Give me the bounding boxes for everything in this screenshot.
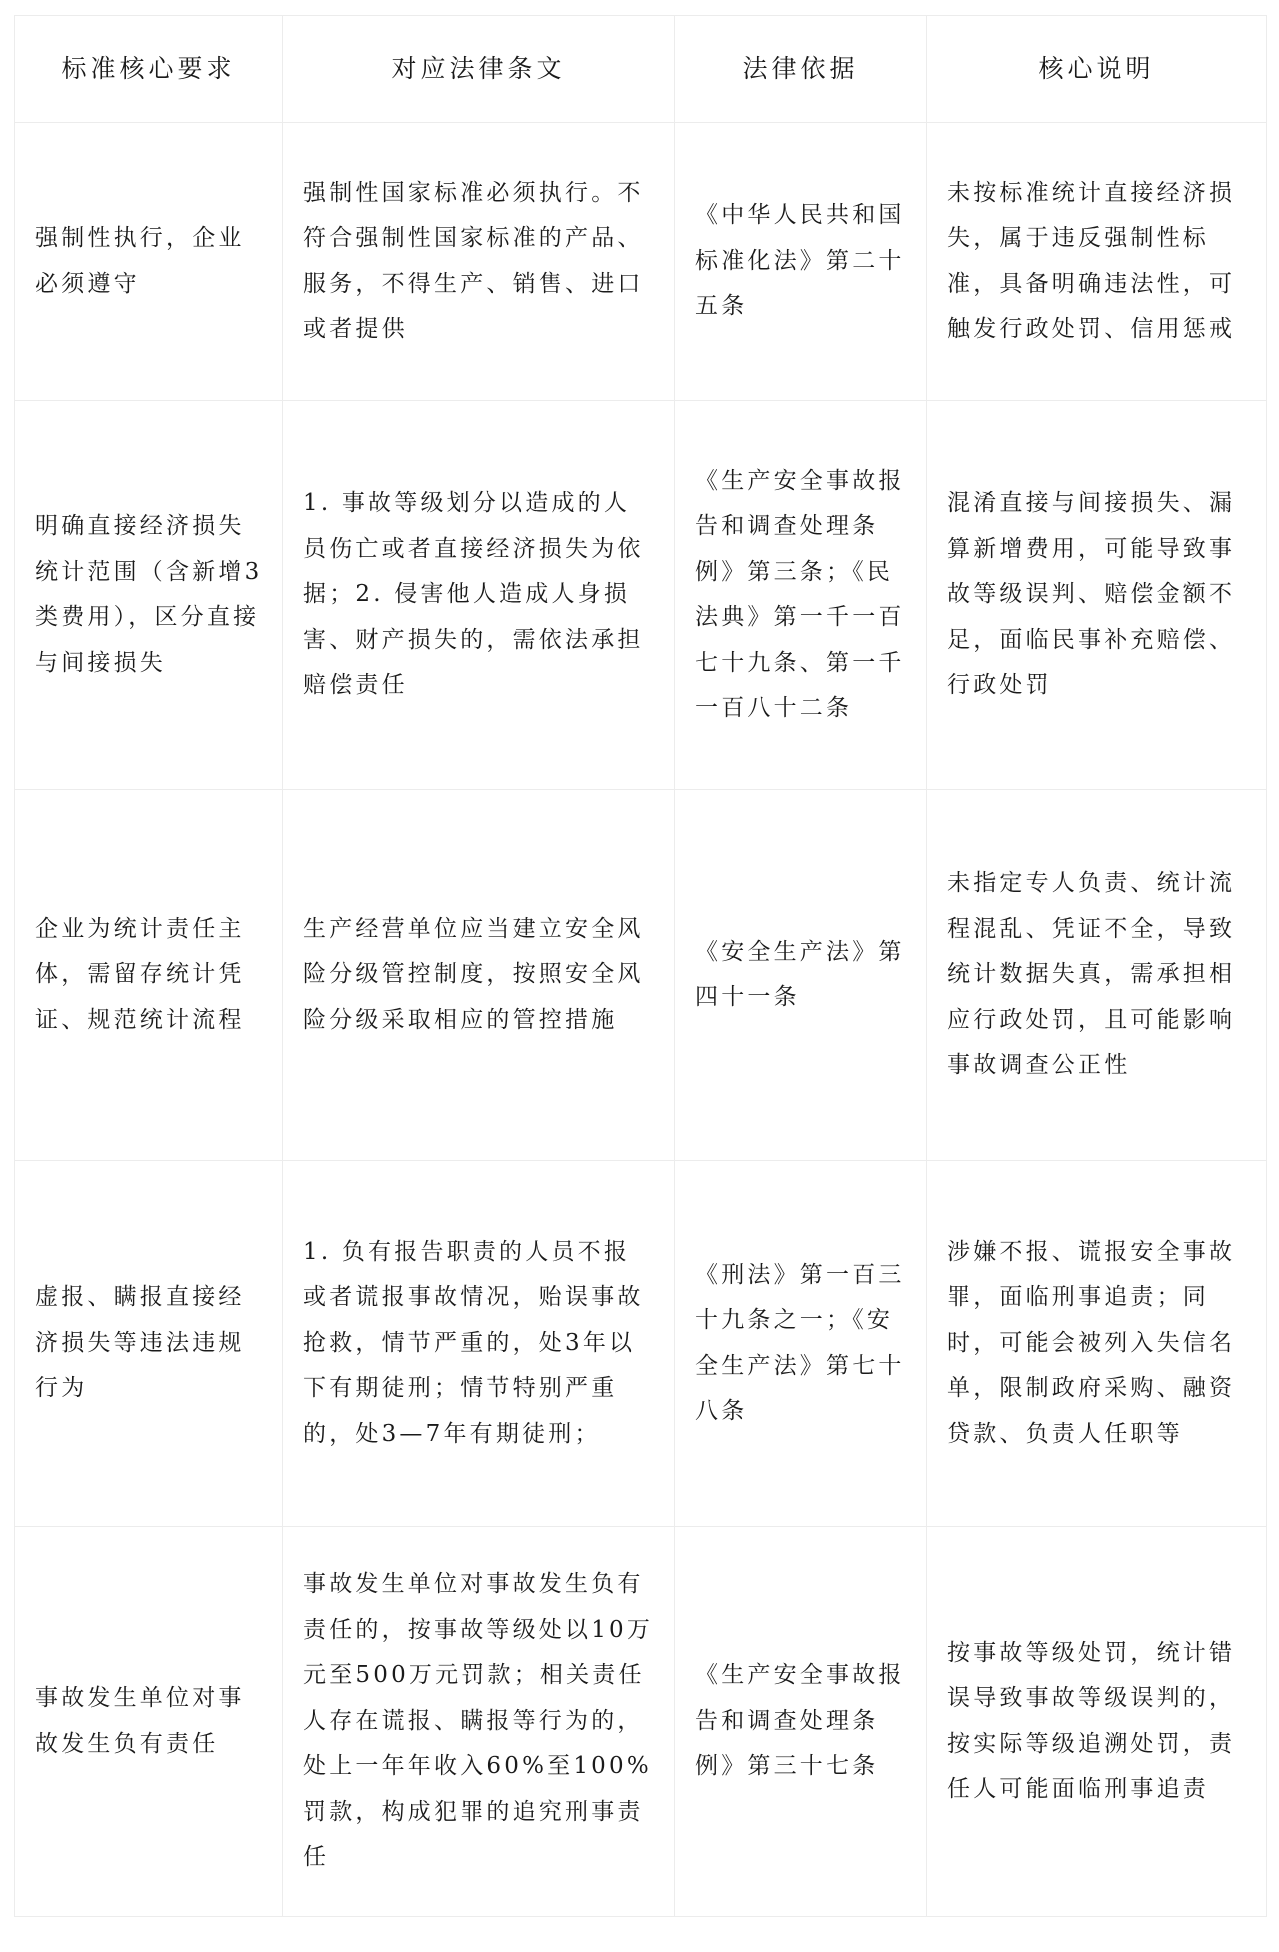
cell-legal-basis: 《生产安全事故报告和调查处理条例》第三条；《民法典》第一千一百七十九条、第一千一… (675, 401, 927, 790)
cell-legal-basis: 《安全生产法》第四十一条 (675, 790, 927, 1161)
cell-legal-basis: 《刑法》第一百三十九条之一；《安全生产法》第七十八条 (675, 1161, 927, 1527)
cell-provision: 1. 事故等级划分以造成的人员伤亡或者直接经济损失为依据；2. 侵害他人造成人身… (283, 401, 675, 790)
header-provision: 对应法律条文 (283, 16, 675, 123)
cell-provision: 1. 负有报告职责的人员不报或者谎报事故情况，贻误事故抢救，情节严重的，处3年以… (283, 1161, 675, 1527)
cell-provision: 强制性国家标准必须执行。不符合强制性国家标准的产品、服务，不得生产、销售、进口或… (283, 123, 675, 401)
table-row: 企业为统计责任主体，需留存统计凭证、规范统计流程 生产经营单位应当建立安全风险分… (15, 790, 1267, 1161)
cell-provision: 生产经营单位应当建立安全风险分级管控制度，按照安全风险分级采取相应的管控措施 (283, 790, 675, 1161)
header-legal-basis: 法律依据 (675, 16, 927, 123)
cell-requirement: 虚报、瞒报直接经济损失等违法违规行为 (15, 1161, 283, 1527)
table-row: 事故发生单位对事故发生负有责任 事故发生单位对事故发生负有责任的，按事故等级处以… (15, 1527, 1267, 1917)
cell-explanation: 未指定专人负责、统计流程混乱、凭证不全，导致统计数据失真，需承担相应行政处罚，且… (927, 790, 1267, 1161)
table-header-row: 标准核心要求 对应法律条文 法律依据 核心说明 (15, 16, 1267, 123)
cell-requirement: 明确直接经济损失统计范围（含新增3类费用），区分直接与间接损失 (15, 401, 283, 790)
header-explanation: 核心说明 (927, 16, 1267, 123)
cell-legal-basis: 《中华人民共和国标准化法》第二十五条 (675, 123, 927, 401)
cell-explanation: 涉嫌不报、谎报安全事故罪，面临刑事追责；同时，可能会被列入失信名单，限制政府采购… (927, 1161, 1267, 1527)
cell-provision: 事故发生单位对事故发生负有责任的，按事故等级处以10万元至500万元罚款；相关责… (283, 1527, 675, 1917)
cell-explanation: 混淆直接与间接损失、漏算新增费用，可能导致事故等级误判、赔偿金额不足，面临民事补… (927, 401, 1267, 790)
cell-requirement: 事故发生单位对事故发生负有责任 (15, 1527, 283, 1917)
cell-legal-basis: 《生产安全事故报告和调查处理条例》第三十七条 (675, 1527, 927, 1917)
cell-requirement: 强制性执行，企业必须遵守 (15, 123, 283, 401)
table-row: 虚报、瞒报直接经济损失等违法违规行为 1. 负有报告职责的人员不报或者谎报事故情… (15, 1161, 1267, 1527)
table-row: 强制性执行，企业必须遵守 强制性国家标准必须执行。不符合强制性国家标准的产品、服… (15, 123, 1267, 401)
header-requirement: 标准核心要求 (15, 16, 283, 123)
cell-explanation: 未按标准统计直接经济损失，属于违反强制性标准，具备明确违法性，可触发行政处罚、信… (927, 123, 1267, 401)
table-row: 明确直接经济损失统计范围（含新增3类费用），区分直接与间接损失 1. 事故等级划… (15, 401, 1267, 790)
cell-requirement: 企业为统计责任主体，需留存统计凭证、规范统计流程 (15, 790, 283, 1161)
legal-requirements-table: 标准核心要求 对应法律条文 法律依据 核心说明 强制性执行，企业必须遵守 强制性… (14, 15, 1267, 1917)
cell-explanation: 按事故等级处罚，统计错误导致事故等级误判的，按实际等级追溯处罚，责任人可能面临刑… (927, 1527, 1267, 1917)
